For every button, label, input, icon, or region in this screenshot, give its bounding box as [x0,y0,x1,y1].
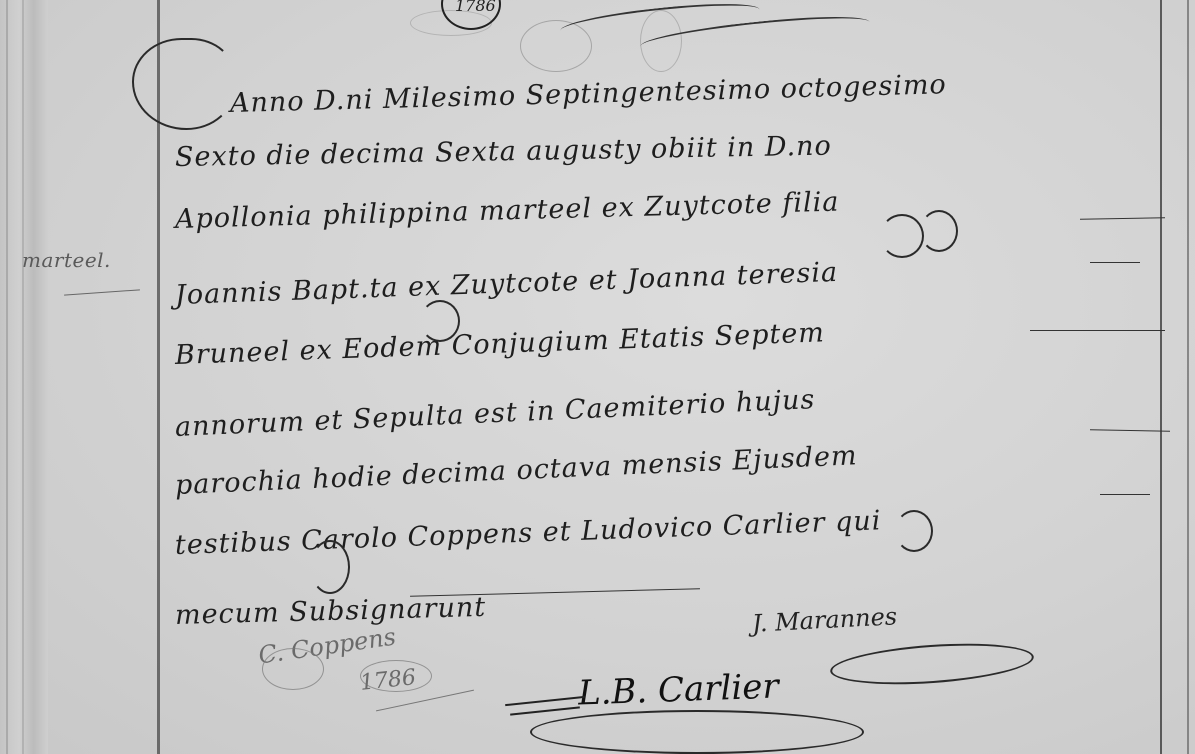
margin-underline [64,289,140,295]
entry-line-3: Apollonia philippina marteel ex Zuytcote… [175,187,840,235]
document-page: 1786 marteel. Anno D.ni Milesimo Septing… [0,0,1195,754]
signature-priest: J. Marannes [751,602,897,638]
entry-line-2: Sexto die decima Sexta augusty obiit in … [175,131,832,173]
signature-dash [505,696,585,706]
right-margin-rule [1160,0,1162,754]
line-end-rule [1090,429,1170,431]
signature-dash [510,706,580,715]
entry-line-5: Bruneel ex Eodem Conjugium Etatis Septem [174,317,825,371]
year-marker: 1786 [455,0,496,15]
capital-c-flourish [895,510,933,552]
signature-carlier: L.B. Carlier [577,667,779,714]
signature-underline [376,690,474,712]
signature-year-mark: 1786 [359,665,417,696]
initial-capital-flourish [132,38,236,130]
line-end-rule [1100,494,1150,495]
entry-line-4: Joannis Bapt.ta ex Zuytcote et Joanna te… [174,257,838,311]
line-end-rule [1080,217,1165,219]
capital-c-flourish [880,214,924,258]
capital-c-flourish [920,210,958,252]
signature-paraph [530,710,864,754]
entry-line-6: annorum et Sepulta est in Caemiterio huj… [174,384,816,443]
margin-surname-note: marteel. [22,248,111,272]
entry-line-1: Anno D.ni Milesimo Septingentesimo octog… [230,69,948,119]
binding-fold [6,0,24,754]
entry-line-8: testibus Carolo Coppens et Ludovico Carl… [174,505,881,561]
signature-paraph [829,638,1035,690]
line-end-rule [1090,262,1140,263]
capital-c-flourish [420,300,460,342]
signature-flourish [262,648,324,690]
capital-c-flourish [310,540,350,594]
line-end-rule [1030,330,1165,331]
page-edge-rule [1187,0,1189,754]
entry-line-7: parochia hodie decima octava mensis Ejus… [174,440,858,501]
entry-line-9: mecum Subsignarunt [175,592,487,631]
